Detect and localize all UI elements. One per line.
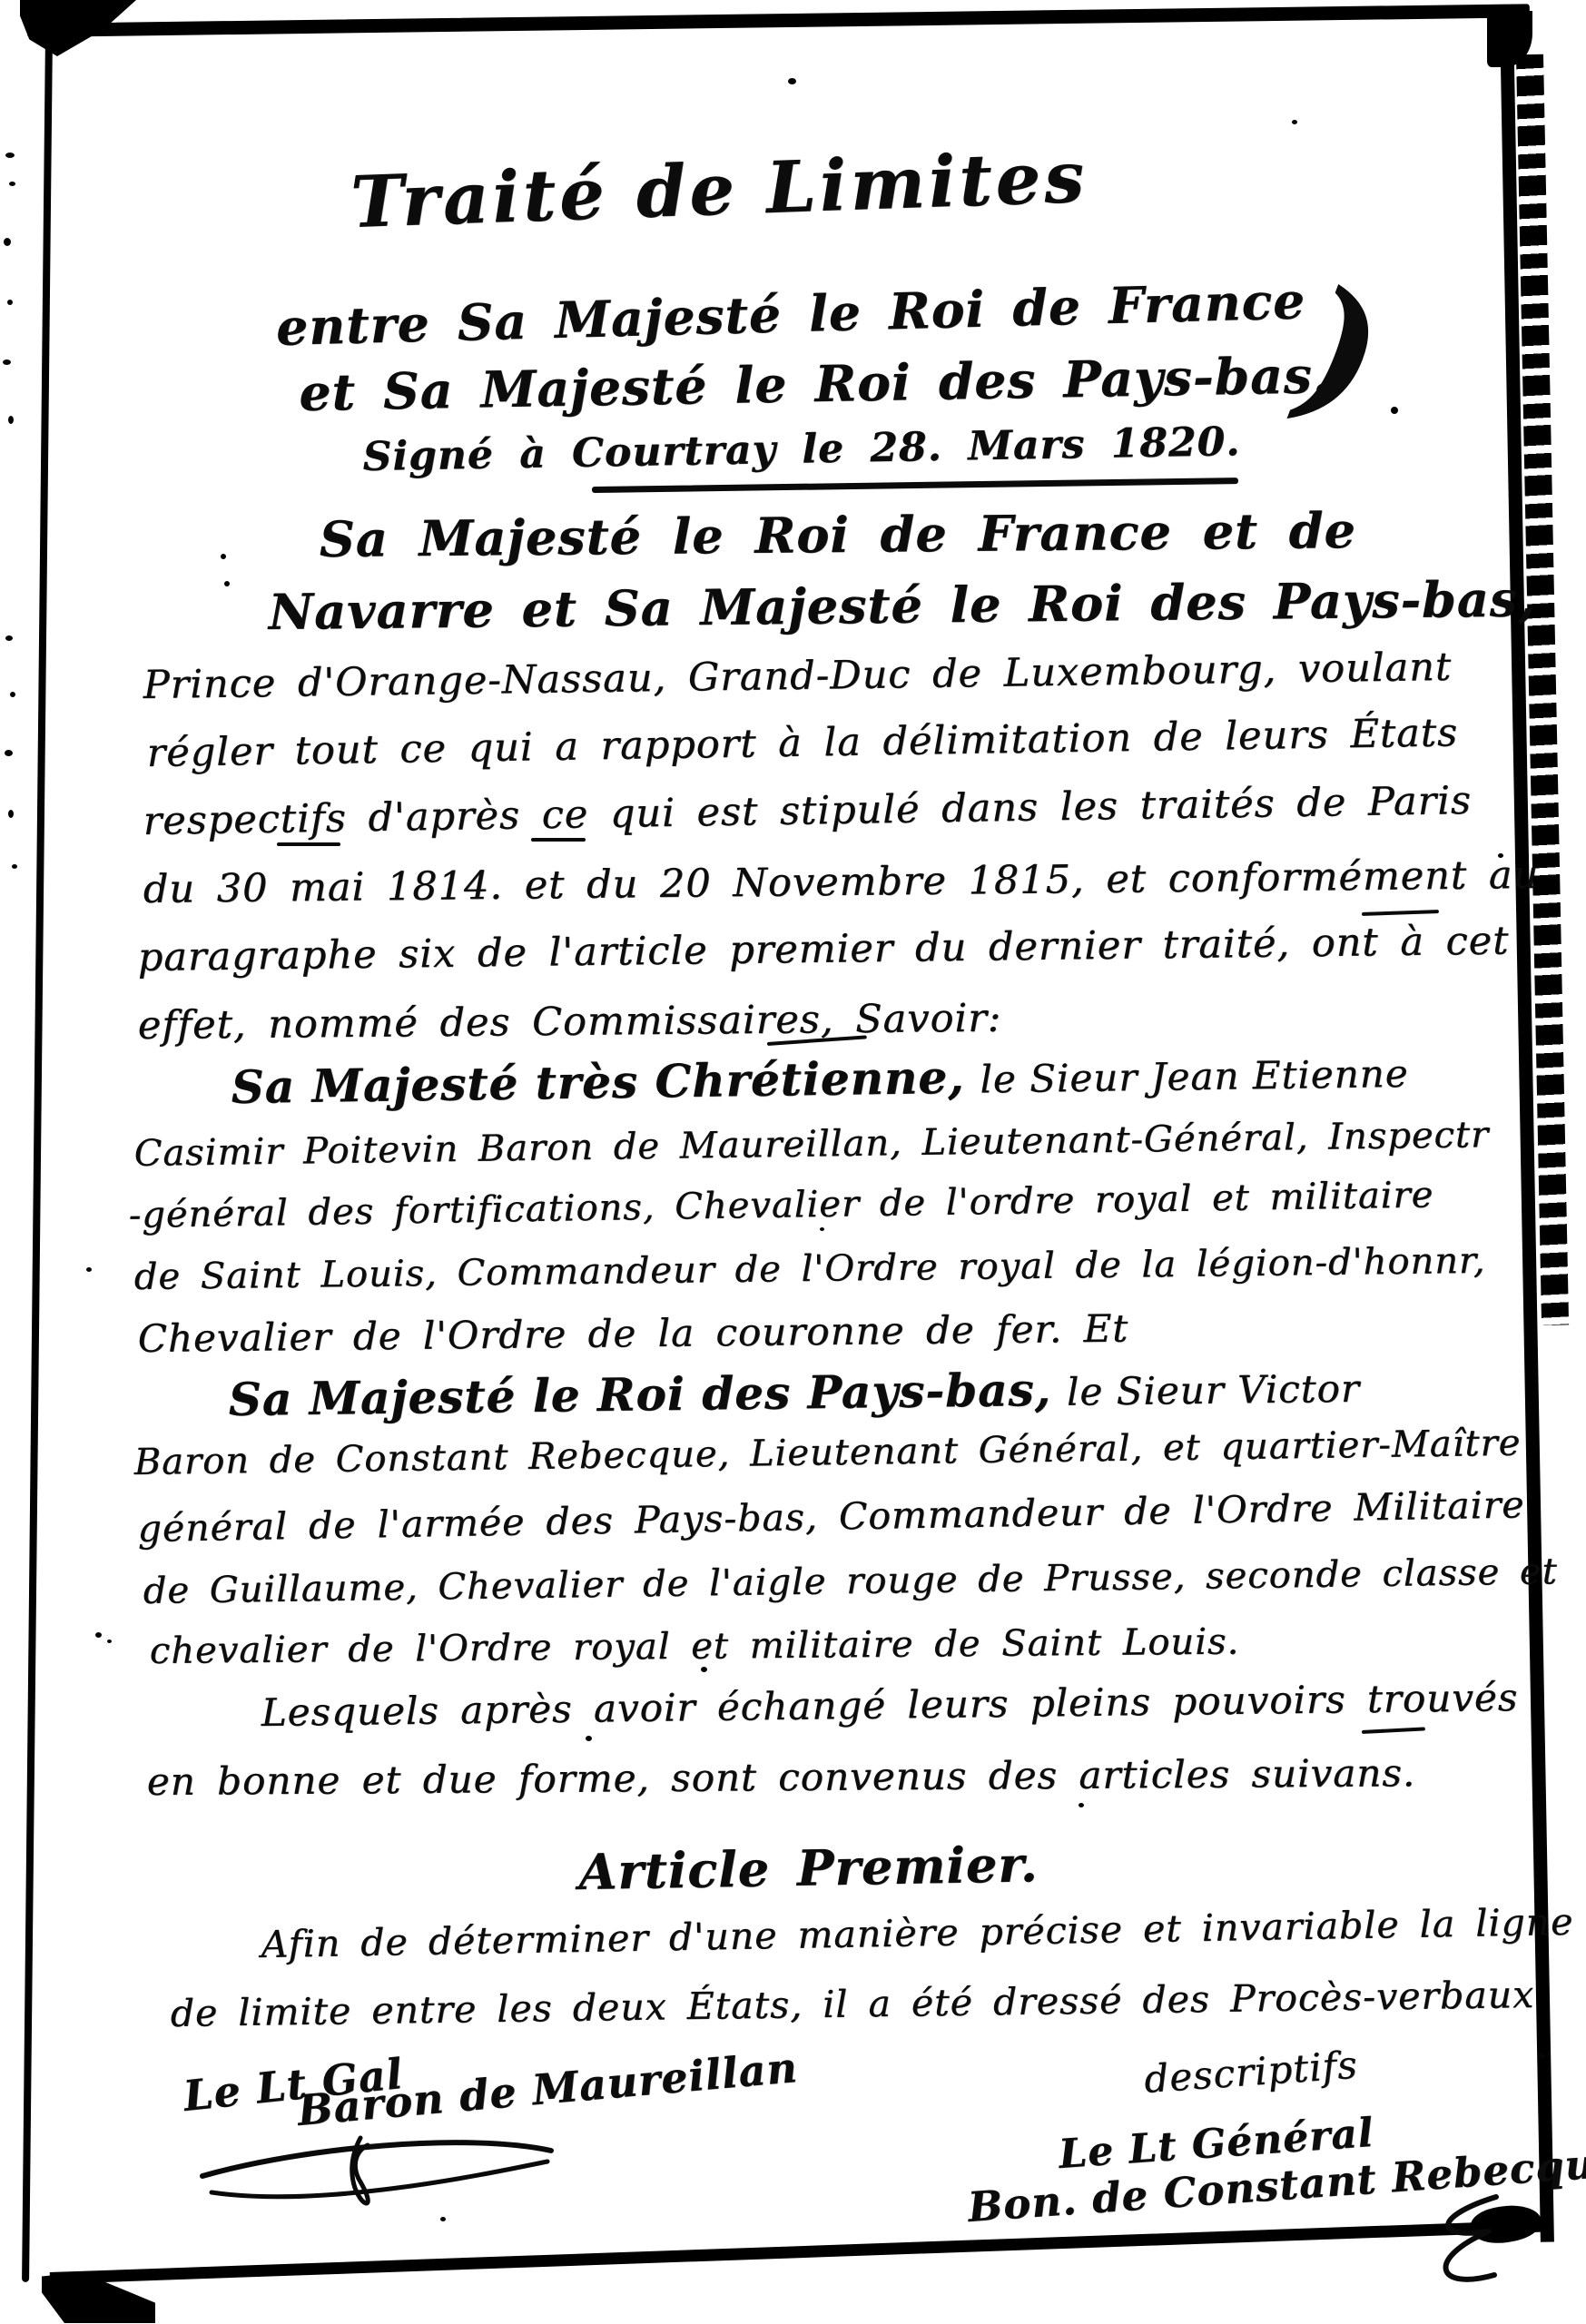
commissioner-nl-lead-rest: le Sieur Victor [1067, 1366, 1361, 1414]
signature-date-line: Signé à Courtray le 28. Mars 1820. [362, 419, 1241, 480]
ink-speck [586, 1736, 592, 1741]
ink-speck [10, 692, 15, 697]
commissioner-fr-lead-rest: le Sieur Jean Etienne [980, 1051, 1409, 1102]
scan-border-top [27, 4, 1530, 37]
commissioner-nl-lead-line: Sa Majesté le Roi des Pays-bas, le Sieur… [228, 1359, 1360, 1426]
ink-speck [5, 750, 13, 756]
ink-speck [7, 300, 13, 305]
article-line: de limite entre les deux États, il a été… [170, 1973, 1534, 2035]
commissioner-fr-line: -général des fortifications, Chevalier d… [128, 1174, 1433, 1236]
scan-border-left [22, 33, 53, 2282]
commissioner-fr-line: Casimir Poitevin Baron de Maureillan, Li… [133, 1114, 1489, 1175]
title-underline-rule [592, 478, 1238, 493]
ink-speck [9, 182, 15, 186]
preamble-line: du 30 mai 1814. et du 20 Novembre 1815, … [143, 852, 1539, 912]
preamble-line: Prince d'Orange-Nassau, Grand-Duc de Lux… [143, 645, 1452, 708]
commissioner-nl-line: Baron de Constant Rebecque, Lieutenant G… [133, 1423, 1521, 1483]
signature-flourish-maureillan [195, 2129, 558, 2238]
article-carryover-word: descriptifs [1143, 2043, 1359, 2102]
ink-speck [8, 416, 14, 424]
ink-speck [8, 810, 14, 818]
ink-speck [1391, 407, 1398, 414]
commissioner-nl-line: chevalier de l'Ordre royal et militaire … [150, 1621, 1240, 1672]
title-line-1: Traité de Limites [350, 136, 1089, 244]
pen-stroke [1362, 1727, 1425, 1734]
ink-speck [5, 635, 13, 641]
ink-speck [1539, 2053, 1546, 2059]
ink-speck [107, 1640, 112, 1643]
signature-flourish-rebecque [1409, 2190, 1516, 2303]
closing-line: Lesquels après avoir échangé leurs plein… [261, 1675, 1518, 1735]
preamble-line: Sa Majesté le Roi de France et de [319, 501, 1356, 568]
commissioner-nl-lead: Sa Majesté le Roi des Pays-bas, [228, 1363, 1051, 1426]
ink-speck [1292, 120, 1297, 124]
pen-stroke [277, 842, 340, 846]
title-closing-paren: ) [1293, 267, 1392, 431]
closing-line: en bonne et due forme, sont convenus des… [147, 1750, 1416, 1804]
ink-speck [701, 1667, 707, 1672]
ink-speck [5, 153, 15, 158]
commissioner-fr-lead-line: Sa Majesté très Chrétienne, le Sieur Jea… [231, 1044, 1409, 1114]
preamble-line: paragraphe six de l'article premier du d… [137, 919, 1509, 980]
ink-speck [820, 1227, 824, 1231]
pen-stroke [531, 838, 586, 842]
ink-speck [12, 864, 17, 869]
ink-speck [86, 1267, 92, 1272]
ink-speck [1079, 1803, 1084, 1807]
ink-speck [224, 581, 230, 586]
ink-speck [3, 359, 11, 365]
preamble-line: régler tout ce qui a rapport à la délimi… [146, 710, 1458, 776]
article-line: Afin de déterminer d'une manière précise… [261, 1900, 1574, 1966]
preamble-line: Navarre et Sa Majesté le Roi des Pays-ba… [268, 569, 1536, 641]
commissioner-fr-line: de Saint Louis, Commandeur de l'Ordre ro… [133, 1240, 1485, 1298]
pen-stroke [1362, 910, 1439, 916]
ink-speck [4, 238, 11, 246]
ink-speck [221, 554, 226, 559]
commissioner-fr-lead: Sa Majesté très Chrétienne, [231, 1050, 965, 1114]
commissioner-nl-line: de Guillaume, Chevalier de l'aigle rouge… [143, 1551, 1558, 1612]
title-line-3: et Sa Majesté le Roi des Pays-bas. [299, 345, 1331, 422]
preamble-line: effet, nommé des Commissaires, Savoir: [138, 996, 1002, 1049]
ink-speck [788, 78, 796, 84]
preamble-line: respectifs d'après ce qui est stipulé da… [143, 778, 1472, 844]
commissioner-fr-line: Chevalier de l'Ordre de la couronne de f… [137, 1306, 1128, 1361]
ink-speck [95, 1632, 102, 1638]
title-line-2: entre Sa Majesté le Roi de France [275, 271, 1305, 357]
article-heading: Article Premier. [578, 1835, 1039, 1901]
commissioner-nl-line: général de l'armée des Pays-bas, Command… [137, 1482, 1525, 1551]
scanned-page: Traité de Limites entre Sa Majesté le Ro… [0, 0, 1586, 2324]
